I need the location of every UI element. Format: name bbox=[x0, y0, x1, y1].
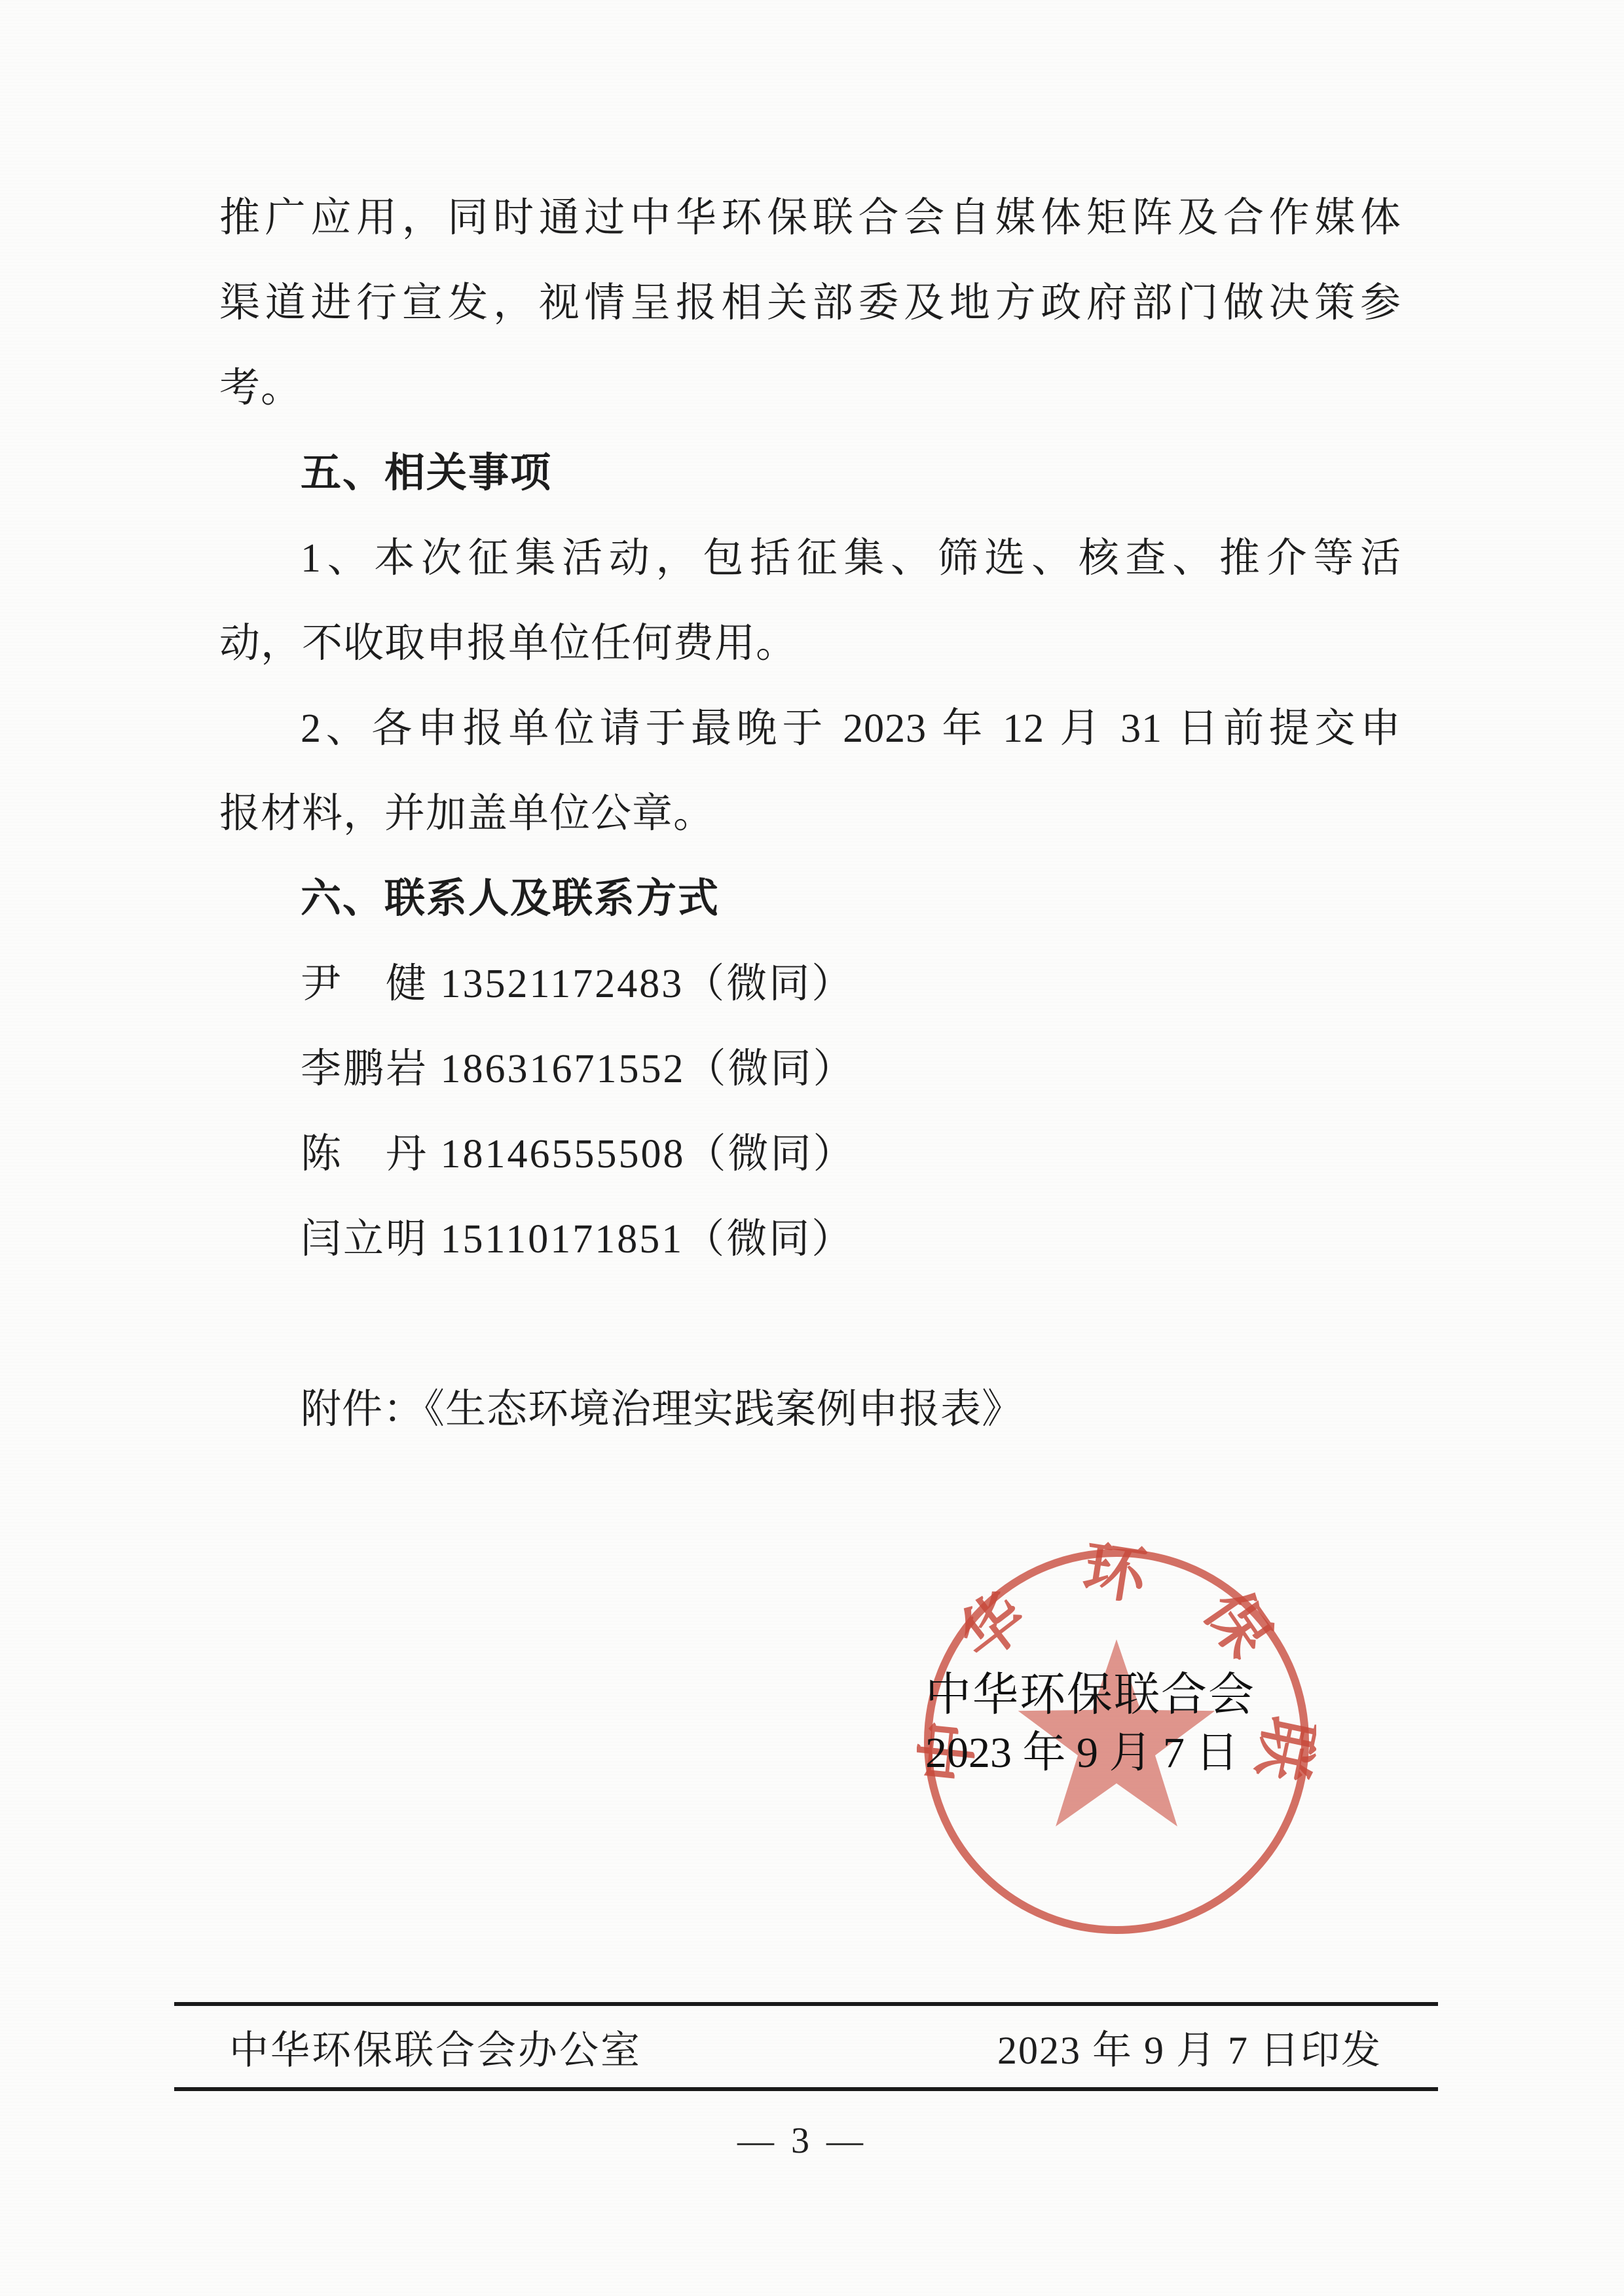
body-line: 1、本次征集活动，包括征集、筛选、核查、推介等活 bbox=[219, 516, 1401, 601]
section-heading-related-matters: 五、相关事项 bbox=[219, 431, 1401, 516]
attachment-line: 附件：《生态环境治理实践案例申报表》 bbox=[219, 1367, 1401, 1452]
document-body: 推广应用，同时通过中华环保联合会自媒体矩阵及合作媒体 渠道进行宣发，视情呈报相关… bbox=[219, 175, 1401, 1452]
footer-rule-bottom bbox=[174, 2087, 1438, 2091]
body-line: 推广应用，同时通过中华环保联合会自媒体矩阵及合作媒体 bbox=[219, 175, 1401, 261]
signature-date: 2023 年 9 月 7 日 bbox=[925, 1732, 1239, 1775]
contact-line: 陈 丹 18146555508（微同） bbox=[219, 1112, 1401, 1197]
body-line: 2、各申报单位请于最晚于 2023 年 12 月 31 日前提交申 bbox=[219, 686, 1401, 771]
body-line: 动，不收取申报单位任何费用。 bbox=[219, 601, 1401, 686]
body-line: 渠道进行宣发，视情呈报相关部委及地方政府部门做决策参 bbox=[219, 261, 1401, 346]
blank-line bbox=[219, 1282, 1401, 1367]
contact-line: 尹 健 13521172483（微同） bbox=[219, 941, 1401, 1027]
body-line: 报材料，并加盖单位公章。 bbox=[219, 771, 1401, 856]
signature-organization: 中华环保联合会 bbox=[925, 1673, 1255, 1719]
footer-rule-top bbox=[174, 2002, 1438, 2006]
contact-line: 闫立明 15110171851（微同） bbox=[219, 1197, 1401, 1282]
document-page: 推广应用，同时通过中华环保联合会自媒体矩阵及合作媒体 渠道进行宣发，视情呈报相关… bbox=[0, 0, 1624, 2296]
section-heading-contacts: 六、联系人及联系方式 bbox=[219, 856, 1401, 941]
footer-issuing-office: 中华环保联合会办公室 bbox=[229, 2031, 642, 2070]
body-line: 考。 bbox=[219, 346, 1401, 431]
page-number: — 3 — bbox=[0, 2123, 1604, 2159]
footer-print-date: 2023 年 9 月 7 日印发 bbox=[997, 2031, 1382, 2070]
contact-line: 李鹏岩 18631671552（微同） bbox=[219, 1027, 1401, 1112]
